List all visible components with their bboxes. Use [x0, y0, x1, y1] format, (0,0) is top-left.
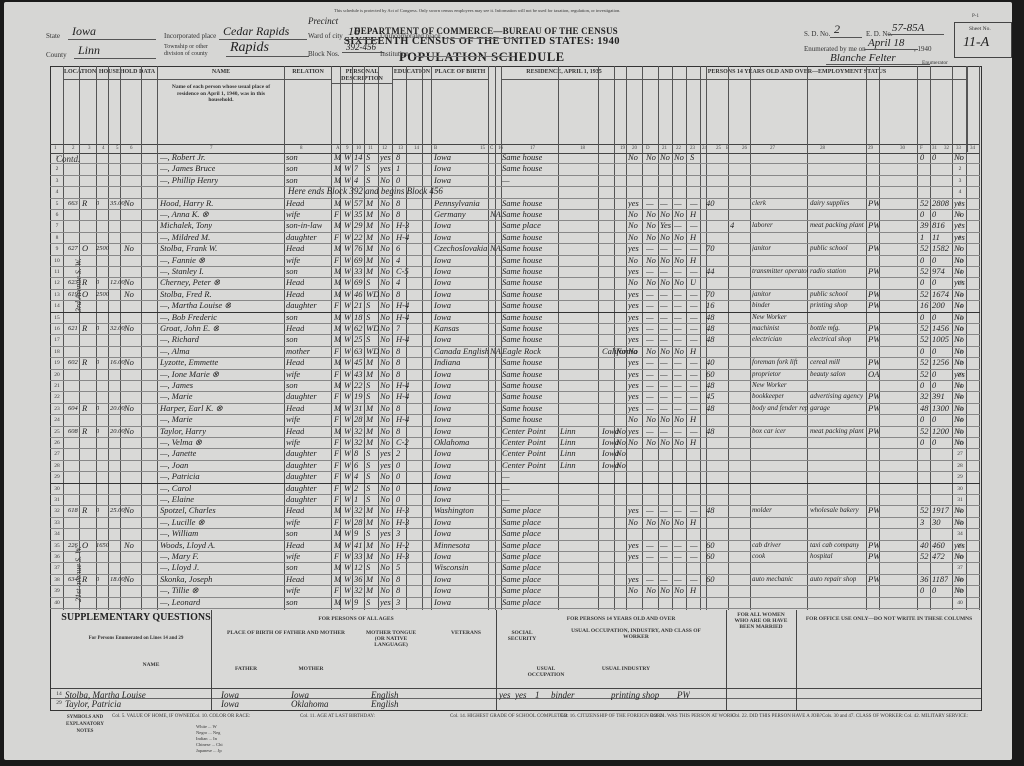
income: 0 — [932, 346, 936, 357]
relation: wife — [286, 369, 300, 380]
home-value: 0 — [96, 403, 99, 414]
ed-value: 57-85A — [888, 22, 944, 35]
sex: M — [334, 505, 341, 516]
seeking-work: No — [646, 517, 656, 528]
birthplace: Iowa — [434, 483, 451, 494]
emergency-work: — — [660, 198, 668, 209]
age: 25 — [354, 334, 363, 345]
census-rows: 11—, Robert Jr.sonMW14Syes8IowaSame hous… — [50, 152, 980, 608]
home-value: 2500 — [96, 243, 109, 254]
emergency-work: No — [660, 209, 670, 220]
class-of-worker: PW — [868, 334, 880, 345]
birthplace: Iowa — [434, 220, 451, 231]
relation: daughter — [286, 460, 317, 471]
line-number: 40 — [51, 600, 63, 606]
grade: 5 — [396, 562, 400, 573]
emergency-work: — — [660, 403, 668, 414]
residence-1935: Same house — [502, 243, 542, 254]
sex: F — [334, 585, 339, 596]
mother-header: MOTHER — [281, 666, 341, 672]
had-job: No — [674, 255, 684, 266]
seeking-work: — — [646, 312, 654, 323]
column-number: 10 — [356, 146, 361, 151]
grade: 0 — [396, 175, 400, 186]
birthplace: Minnesota — [434, 540, 470, 551]
grade: 0 — [396, 494, 400, 505]
birthplace: Iowa — [434, 448, 451, 459]
sex: F — [334, 437, 339, 448]
women-header: FOR ALL WOMEN WHO ARE OR HAVE BEEN MARRI… — [731, 612, 791, 630]
age: 1 — [354, 494, 358, 505]
at-work: yes — [628, 551, 639, 562]
marital-status: M — [366, 232, 373, 243]
birthplace: Iowa — [434, 391, 451, 402]
column-number: 8 — [300, 146, 303, 151]
col-group-birthplace: PLACE OF BIRTH — [432, 66, 489, 152]
person-name: Groat, John E. ⊗ — [160, 323, 219, 334]
emergency-work: — — [660, 323, 668, 334]
age: 46 — [354, 289, 363, 300]
at-work: No — [628, 277, 638, 288]
income: 0 — [932, 414, 936, 425]
emergency-work: No — [660, 585, 670, 596]
farm: No — [124, 289, 134, 300]
hours-worked: 60 — [706, 540, 715, 551]
at-work: yes — [628, 574, 639, 585]
col-group-residence: RESIDENCE, APRIL 1, 1935 — [502, 66, 627, 152]
home-owned: R — [82, 403, 87, 414]
class-of-worker: PW — [868, 391, 880, 402]
line-number: 29 — [51, 474, 63, 480]
house-number: 663 — [68, 198, 78, 209]
grade: 8 — [396, 357, 400, 368]
farm: No — [124, 403, 134, 414]
line-number: 34 — [51, 531, 63, 537]
state-value: Iowa — [68, 24, 156, 40]
other-income: No — [954, 209, 964, 220]
farm: No — [124, 198, 134, 209]
age: 14 — [354, 152, 363, 163]
at-work: No — [628, 152, 638, 163]
race: W — [344, 597, 351, 608]
occupation: binder — [752, 300, 770, 311]
person-name: —, Ione Marie ⊗ — [160, 369, 219, 380]
race: W — [344, 380, 351, 391]
emergency-work: — — [660, 243, 668, 254]
person-name: Woods, Lloyd A. — [160, 540, 215, 551]
home-value: 2500 — [96, 289, 109, 300]
home-owned: R — [82, 574, 87, 585]
rent-value: 20.00 — [110, 403, 125, 414]
relation: son-in-law — [286, 220, 322, 231]
hours-worked: 48 — [706, 505, 715, 516]
relation: daughter — [286, 300, 317, 311]
person-name: —, Velma ⊗ — [160, 437, 202, 448]
other-income: No — [954, 585, 964, 596]
at-work: No — [628, 232, 638, 243]
sex: F — [334, 300, 339, 311]
emergency-work: No — [660, 277, 670, 288]
race-codes: White ... WNegro ... NegIndian ... InChi… — [196, 724, 286, 754]
grade: 8 — [396, 289, 400, 300]
at-work: yes — [628, 243, 639, 254]
race: W — [344, 369, 351, 380]
marital-status: M — [366, 266, 373, 277]
house-number: 226 — [68, 540, 78, 551]
person-name: —, Patricia — [160, 471, 200, 482]
marital-status: S — [366, 277, 370, 288]
had-job: No — [674, 277, 684, 288]
industry: cereal mill — [810, 357, 840, 368]
weeks-unemployed: 4 — [730, 220, 734, 231]
enumerated-date: April 18 — [864, 37, 918, 50]
income: 0 — [932, 277, 936, 288]
line-number: 32 — [51, 508, 63, 514]
sex: M — [334, 312, 341, 323]
residence-1935: Eagle Rock — [502, 346, 541, 357]
all-ages-header: FOR PERSONS OF ALL AGES — [216, 616, 496, 622]
person-name: —, Lucille ⊗ — [160, 517, 205, 528]
line-number: 16 — [51, 326, 63, 332]
age: 43 — [354, 369, 363, 380]
house-number: 621 — [68, 323, 78, 334]
line-number: 39 — [51, 588, 63, 594]
grade: 8 — [396, 198, 400, 209]
at-work: yes — [628, 540, 639, 551]
column-number: 5 — [116, 146, 119, 151]
occupation: cab driver — [752, 540, 781, 551]
activity-code: — — [690, 403, 698, 414]
other-income: No — [954, 266, 964, 277]
other-income: No — [954, 152, 964, 163]
at-work: yes — [628, 380, 639, 391]
age: 8 — [354, 448, 358, 459]
weeks-worked: 52 — [920, 243, 929, 254]
grade: H-4 — [396, 300, 409, 311]
occupation: body and fender repairman — [752, 403, 808, 414]
supp-name: Taylor, Patricia — [65, 699, 121, 710]
farm: No — [124, 243, 134, 254]
activity-code: — — [690, 391, 698, 402]
had-job: No — [674, 346, 684, 357]
school-attendance: No — [380, 289, 390, 300]
income: 974 — [932, 266, 945, 277]
weeks-worked: 52 — [920, 369, 929, 380]
activity-code: — — [690, 312, 698, 323]
line-number-right: 29 — [954, 474, 966, 480]
income: 0 — [932, 209, 936, 220]
note-col10: Col. 10. COLOR OR RACE: — [192, 714, 250, 719]
person-name: —, Robert Jr. — [160, 152, 205, 163]
marital-status: M — [366, 551, 373, 562]
person-name: —, Martha Louise ⊗ — [160, 300, 231, 311]
residence-1935: Same house — [502, 209, 542, 220]
school-attendance: No — [380, 277, 390, 288]
marital-status: S — [366, 471, 370, 482]
line-number: 25 — [51, 429, 63, 435]
home-owned: R — [82, 277, 87, 288]
line-number: 11 — [51, 269, 63, 275]
at-work: yes — [628, 426, 639, 437]
at-work: yes — [628, 334, 639, 345]
class-of-worker: PW — [868, 403, 880, 414]
relation: son — [286, 312, 298, 323]
sex: M — [334, 163, 341, 174]
column-number: 9 — [346, 146, 349, 151]
emergency-work: — — [660, 369, 668, 380]
at-work: No — [628, 437, 638, 448]
marital-status: M — [366, 198, 373, 209]
note-col22: Col. 22. DID THIS PERSON HAVE A JOB? — [732, 714, 822, 719]
residence-1935: — — [502, 175, 510, 186]
birthplace: Kansas — [434, 323, 459, 334]
industry: hospital — [810, 551, 833, 562]
other-income: yes — [954, 232, 965, 243]
relation: daughter — [286, 494, 317, 505]
block-value: 392-456 — [342, 42, 384, 53]
line-number: 15 — [51, 315, 63, 321]
column-number: 14 — [414, 146, 419, 151]
had-job: — — [674, 243, 682, 254]
note-col16: Col. 16. CITIZENSHIP OF THE FOREIGN BORN — [560, 714, 664, 719]
race: W — [344, 243, 351, 254]
at-work: yes — [628, 266, 639, 277]
race: W — [344, 266, 351, 277]
marital-status: S — [366, 152, 370, 163]
activity-code: — — [690, 426, 698, 437]
school-attendance: yes — [380, 460, 391, 471]
marital-status: M — [366, 517, 373, 528]
grade: H-4 — [396, 380, 409, 391]
school-attendance: No — [380, 494, 390, 505]
sex: F — [334, 483, 339, 494]
income: 0 — [932, 312, 936, 323]
farm-1935: No — [616, 437, 626, 448]
sex: M — [334, 426, 341, 437]
at-work: No — [628, 220, 638, 231]
col-group-location: LOCATION — [64, 66, 97, 152]
marital-status: M — [366, 357, 373, 368]
person-name: Cherney, Peter ⊗ — [160, 277, 220, 288]
column-number: 13 — [398, 146, 403, 151]
supp-father: Iowa — [221, 699, 239, 710]
at-work: yes — [628, 300, 639, 311]
race: W — [344, 209, 351, 220]
column-number: 19 — [620, 146, 625, 151]
sex: M — [334, 198, 341, 209]
race: W — [344, 574, 351, 585]
person-name: —, Mary F. — [160, 551, 199, 562]
weeks-worked: 0 — [920, 380, 924, 391]
class-of-worker: PW — [868, 505, 880, 516]
income: 200 — [932, 300, 945, 311]
class-of-worker: PW — [868, 243, 880, 254]
other-income: No — [954, 426, 964, 437]
residence-1935: Same place — [502, 505, 541, 516]
activity-code: H — [690, 346, 696, 357]
marital-status: WD — [366, 346, 379, 357]
person-name: —, Stanley I. — [160, 266, 204, 277]
seeking-work: No — [646, 255, 656, 266]
school-attendance: No — [380, 391, 390, 402]
emergency-work: No — [660, 437, 670, 448]
income: 0 — [932, 152, 936, 163]
school-attendance: No — [380, 551, 390, 562]
age: 29 — [354, 220, 363, 231]
column-number: 6 — [130, 146, 133, 151]
birthplace: Iowa — [434, 460, 451, 471]
other-income: No — [954, 437, 964, 448]
age: 33 — [354, 551, 363, 562]
school-attendance: yes — [380, 448, 391, 459]
birthplace: Iowa — [434, 232, 451, 243]
house-number: 634 — [68, 574, 78, 585]
column-number: 3 — [88, 146, 91, 151]
home-owned: R — [82, 357, 87, 368]
grade: 0 — [396, 460, 400, 471]
race: W — [344, 403, 351, 414]
emergency-work: — — [660, 551, 668, 562]
farm: No — [124, 277, 134, 288]
person-name: —, Fannie ⊗ — [160, 255, 205, 266]
column-number: 32 — [944, 146, 949, 151]
residence-1935: Same house — [502, 255, 542, 266]
race: W — [344, 391, 351, 402]
seeking-work: — — [646, 334, 654, 345]
race: W — [344, 505, 351, 516]
weeks-worked: 0 — [920, 414, 924, 425]
race: W — [344, 255, 351, 266]
state-label: State — [46, 32, 60, 40]
weeks-worked: 0 — [920, 209, 924, 220]
activity-code: U — [690, 277, 696, 288]
seeking-work: No — [646, 346, 656, 357]
relation: Head — [286, 426, 304, 437]
race: W — [344, 483, 351, 494]
grade: H-3 — [396, 220, 409, 231]
person-name: Lyzotte, Emmette — [160, 357, 218, 368]
house-number: 608 — [68, 426, 78, 437]
birthplace: Oklahoma — [434, 437, 469, 448]
age: 28 — [354, 517, 363, 528]
other-income: No — [954, 551, 964, 562]
age: 69 — [354, 255, 363, 266]
had-job: — — [674, 426, 682, 437]
marital-status: M — [366, 414, 373, 425]
other-income: No — [954, 517, 964, 528]
seeking-work: No — [646, 277, 656, 288]
residence-1935: Same house — [502, 198, 542, 209]
grade: 6 — [396, 243, 400, 254]
hours-worked: 48 — [706, 334, 715, 345]
column-number: 20 — [632, 146, 637, 151]
weeks-worked: 52 — [920, 505, 929, 516]
marital-status: M — [366, 437, 373, 448]
column-number: 22 — [676, 146, 681, 151]
county-value: Linn — [74, 43, 156, 59]
school-attendance: No — [380, 505, 390, 516]
sex: F — [334, 494, 339, 505]
relation: daughter — [286, 391, 317, 402]
age: 32 — [354, 585, 363, 596]
line-number: 4 — [51, 189, 63, 195]
activity-code: — — [690, 243, 698, 254]
race: W — [344, 152, 351, 163]
marital-status: M — [366, 426, 373, 437]
age: 36 — [354, 574, 363, 585]
citizenship: NA — [490, 209, 501, 220]
school-attendance: No — [380, 380, 390, 391]
hours-worked: 60 — [706, 574, 715, 585]
line-number: 28 — [51, 463, 63, 469]
confidentiality-notice: This schedule is protected by Act of Con… — [334, 8, 754, 13]
other-income: No — [954, 357, 964, 368]
note-col11: Col. 11. AGE AT LAST BIRTHDAY: — [300, 714, 375, 719]
emergency-work: Yes — [660, 220, 671, 231]
occupation: laborer — [752, 220, 773, 231]
age: 6 — [354, 460, 358, 471]
weeks-worked: 0 — [920, 437, 924, 448]
school-attendance: No — [380, 209, 390, 220]
emergency-work: — — [660, 357, 668, 368]
seeking-work: — — [646, 380, 654, 391]
at-work: No — [628, 346, 638, 357]
seeking-work: — — [646, 574, 654, 585]
seeking-work: — — [646, 289, 654, 300]
person-name: —, James Bruce — [160, 163, 215, 174]
sex: M — [334, 289, 341, 300]
race: W — [344, 426, 351, 437]
age: 76 — [354, 243, 363, 254]
marital-status: S — [366, 380, 370, 391]
marital-status: M — [366, 255, 373, 266]
sex: M — [334, 562, 341, 573]
had-job: — — [674, 323, 682, 334]
school-attendance: No — [380, 255, 390, 266]
line-number: 18 — [51, 349, 63, 355]
occupation: transmitter operator — [752, 266, 808, 277]
hours-worked: 48 — [706, 426, 715, 437]
line-number: 13 — [51, 292, 63, 298]
relation: wife — [286, 551, 300, 562]
race: W — [344, 357, 351, 368]
home-owned: O — [82, 289, 88, 300]
residence-1935: Center Point — [502, 426, 546, 437]
birthplace: Iowa — [434, 380, 451, 391]
column-number: C — [490, 146, 493, 151]
at-work: No — [628, 414, 638, 425]
sheet-number-box: Sheet No. 11-A — [954, 22, 1012, 58]
farm: No — [124, 505, 134, 516]
age: 4 — [354, 471, 358, 482]
birthplace: Iowa — [434, 528, 451, 539]
line-number: 19 — [51, 360, 63, 366]
mother-tongue-header: MOTHER TONGUE (OR NATIVE LANGUAGE) — [361, 630, 421, 648]
sheet-value: 11-A — [963, 35, 989, 51]
income: 816 — [932, 220, 945, 231]
home-owned: O — [82, 243, 88, 254]
line-number: 26 — [51, 440, 63, 446]
sex: F — [334, 369, 339, 380]
residence-1935: Same house — [502, 369, 542, 380]
column-number: 29 — [868, 146, 873, 151]
school-attendance: No — [380, 562, 390, 573]
rent-value: 18.00 — [110, 574, 125, 585]
relation: son — [286, 597, 298, 608]
line-number: 2 — [51, 166, 63, 172]
home-owned: R — [82, 198, 87, 209]
age: 2 — [354, 483, 358, 494]
